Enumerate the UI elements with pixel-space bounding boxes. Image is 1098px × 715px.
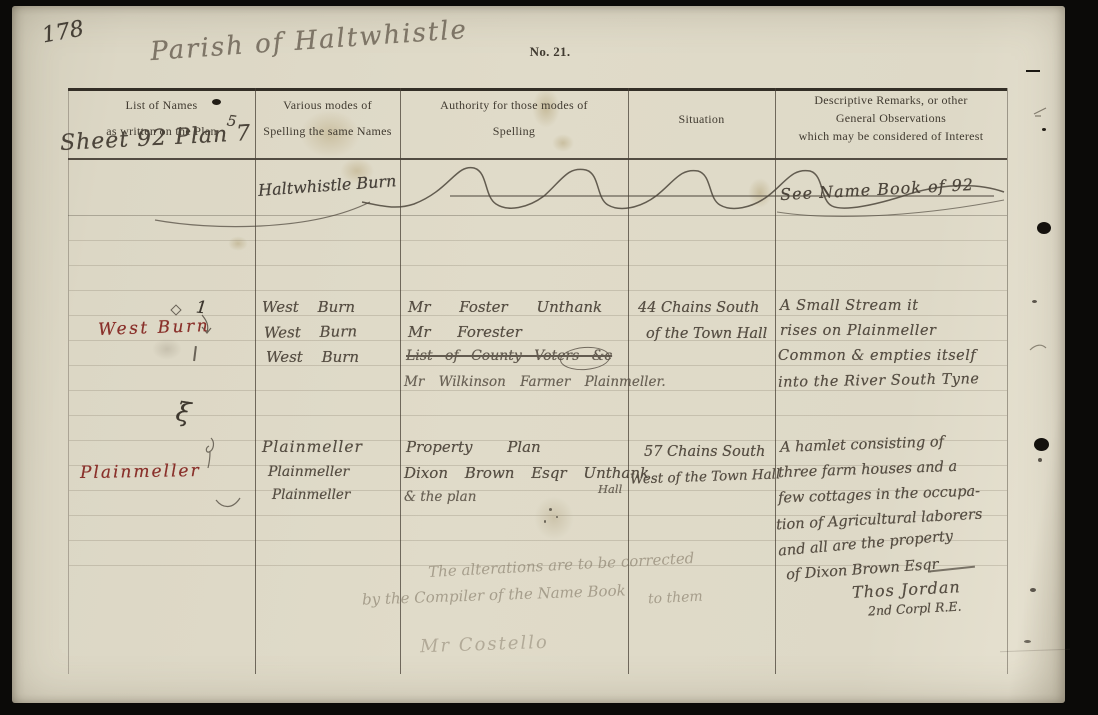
authority-entry: Hall	[598, 482, 622, 496]
authority-entry: Dixon Brown Esqr Unthank	[404, 464, 649, 482]
pencil-signature: Mr Costello	[420, 632, 549, 657]
edge-speck	[1030, 588, 1036, 592]
edge-dash-mark	[1026, 70, 1040, 72]
authority-entry: & the plan	[404, 489, 476, 505]
edge-speck	[1042, 128, 1046, 131]
flourish-underline	[772, 196, 1012, 226]
spelling-entry: West Burn	[264, 322, 357, 342]
edge-pencil-mark	[1028, 340, 1048, 354]
authority-entry: Mr Forester	[408, 323, 522, 341]
ink-mark-swoosh	[214, 496, 242, 512]
row-name-plainmeller: Plainmeller	[80, 461, 201, 483]
spelling-entry: Plainmeller	[262, 438, 363, 456]
col-header-spelling-line1: Various modes of	[255, 98, 400, 113]
edge-speck	[1038, 458, 1042, 462]
authority-entry: Mr Wilkinson Farmer Plainmeller.	[404, 374, 666, 390]
table-top-border	[68, 88, 1007, 91]
authority-entry: Mr Foster Unthank	[408, 298, 602, 316]
col-header-authority-line1: Authority for those modes of	[400, 98, 628, 113]
spelling-entry: West Burn	[262, 298, 355, 316]
pencil-note-line: to them	[648, 589, 703, 608]
flourish-underline	[150, 196, 380, 238]
col-header-remarks-line3: which may be considered of Interest	[775, 129, 1007, 144]
form-number: No. 21.	[510, 44, 590, 60]
situation-entry: 57 Chains South	[644, 444, 765, 460]
spelling-entry: Plainmeller	[268, 464, 349, 480]
remark-entry: Common & empties itself	[778, 348, 976, 364]
table-left-border	[68, 88, 69, 674]
edge-speck	[1024, 640, 1031, 643]
remark-entry: rises on Plainmeller	[780, 323, 936, 339]
column-divider	[255, 88, 256, 674]
authority-entry: Property Plan	[406, 438, 541, 456]
spelling-entry: Plainmeller	[272, 487, 350, 503]
situation-entry: of the Town Hall	[646, 326, 767, 342]
spelling-entry: West Burn	[266, 348, 359, 366]
situation-entry: 44 Chains South	[638, 300, 759, 316]
ruled-guide-lines	[69, 240, 1007, 582]
edge-pencil-mark	[1032, 104, 1050, 120]
row-name-west-burn: West Burn	[98, 316, 211, 340]
ink-mark-squiggle	[200, 436, 218, 470]
punch-hole	[1037, 222, 1051, 234]
col-header-remarks-line2: General Observations	[775, 111, 1007, 126]
punch-hole	[1034, 438, 1049, 451]
col-header-spelling-line2: Spelling the same Names	[255, 124, 400, 139]
edge-speck	[1032, 300, 1037, 303]
col-header-names-line1: List of Names	[68, 98, 255, 113]
ink-blot	[212, 99, 221, 105]
col-header-authority-line2: Spelling	[400, 124, 628, 139]
col-header-remarks-line1: Descriptive Remarks, or other	[775, 93, 1007, 108]
remark-entry: A Small Stream it	[780, 298, 919, 314]
col-header-situation: Situation	[628, 112, 775, 127]
